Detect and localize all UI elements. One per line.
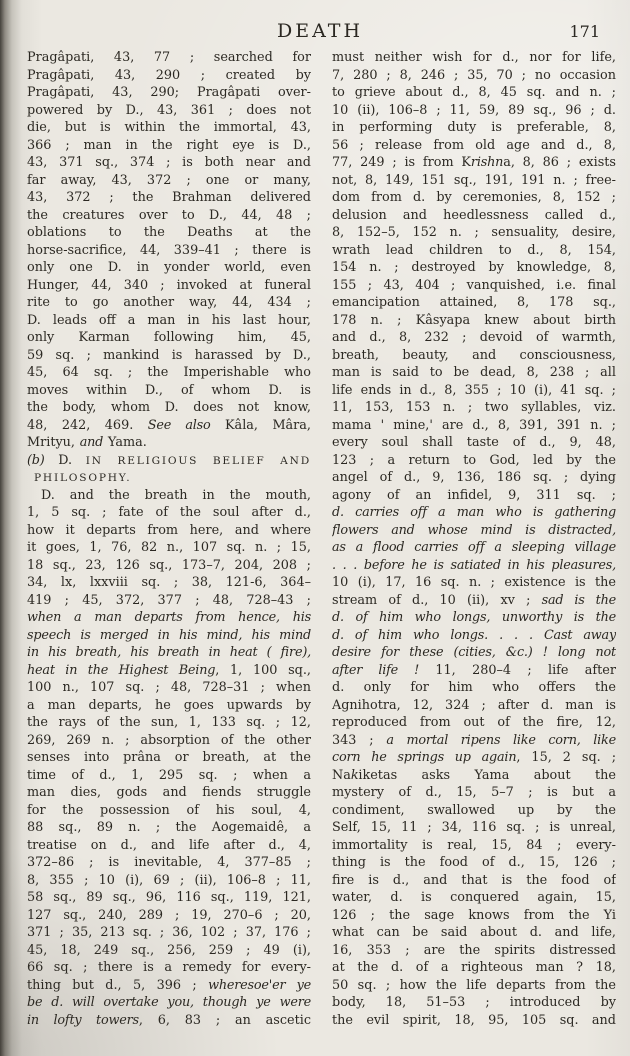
text-line: in his breath, his breath in heat ( fire… — [27, 644, 311, 662]
text-line: 100 n., 107 sq. ; 48, 728–31 ; when — [27, 679, 311, 697]
text-segment: 372–86 ; is inevitable, 4, 377–85 ; — [27, 855, 311, 870]
text-segment: rite to go another way, 44, 434 ; — [27, 295, 311, 310]
text-segment: emancipation attained, 8, 178 sq., — [332, 295, 616, 310]
text-segment: thing but d., 5, 396 ; — [27, 978, 208, 993]
text-line: only one D. in yonder world, even — [27, 259, 311, 277]
italic-text: . . . before he is satiated in his pleas… — [332, 558, 616, 573]
text-line: 66 sq. ; there is a remedy for every- — [27, 959, 311, 977]
italic-text: (b) — [27, 453, 45, 468]
text-line: 18 sq., 23, 126 sq., 173–7, 204, 208 ; — [27, 557, 311, 575]
text-line: heat in the Highest Being, 1, 100 sq., — [27, 662, 311, 680]
text-line: 58 sq., 89 sq., 96, 116 sq., 119, 121, — [27, 889, 311, 907]
text-segment: , 1, 100 sq., — [215, 663, 311, 678]
text-line: immortality is real, 15, 84 ; every- — [332, 837, 616, 855]
text-segment: 10 (i), 17, 16 sq. n. ; existence is the — [332, 575, 616, 590]
text-line: 1, 5 sq. ; fate of the soul after d., — [27, 504, 311, 522]
text-line: 127 sq., 240, 289 ; 19, 270–6 ; 20, — [27, 907, 311, 925]
italic-text: a mortal ripens like corn, like — [386, 733, 616, 748]
text-line: die, but is within the immortal, 43, — [27, 119, 311, 137]
text-line: to grieve about d., 8, 45 sq. and n. ; — [332, 84, 616, 102]
text-segment: at the d. of a righteous man ? 18, — [332, 960, 616, 975]
text-line: reproduced from out of the fire, 12, — [332, 714, 616, 732]
text-line: D. leads off a man in his last hour, — [27, 312, 311, 330]
text-line: 343 ; a mortal ripens like corn, like — [332, 732, 616, 750]
text-line: senses into prâna or breath, at the — [27, 749, 311, 767]
text-segment: what can be said about d. and life, — [332, 925, 616, 940]
text-segment: 7, 280 ; 8, 246 ; 35, 70 ; no occasion — [332, 68, 616, 83]
text-line: treatise on d., and life after d., 4, — [27, 837, 311, 855]
text-segment: powered by D., 43, 361 ; does not — [27, 103, 311, 118]
text-segment: mystery of d., 15, 5–7 ; is but a — [332, 785, 616, 800]
text-line: the rays of the sun, 1, 133 sq. ; 12, — [27, 714, 311, 732]
italic-text: d. carries off a man who is gathering — [332, 505, 616, 520]
text-line: rite to go another way, 44, 434 ; — [27, 294, 311, 312]
text-line: powered by D., 43, 361 ; does not — [27, 102, 311, 120]
text-line: wrath lead children to d., 8, 154, — [332, 242, 616, 260]
text-segment: breath, beauty, and consciousness, — [332, 348, 616, 363]
text-segment: every soul shall taste of d., 9, 48, — [332, 435, 616, 450]
text-line: 372–86 ; is inevitable, 4, 377–85 ; — [27, 854, 311, 872]
text-line: 45, 18, 249 sq., 256, 259 ; 49 (i), — [27, 942, 311, 960]
text-segment: body, 18, 51–53 ; introduced by — [332, 995, 616, 1010]
text-segment: 56 ; release from old age and d., 8, — [332, 138, 616, 153]
italic-text: wheresoe'er ye — [208, 978, 311, 993]
text-line: D. and the breath in the mouth, — [27, 487, 311, 505]
smallcaps-text: PHILOSOPHY. — [34, 472, 131, 484]
text-line: man dies, gods and fiends struggle — [27, 784, 311, 802]
text-line: 43, 372 ; the Brahman delivered — [27, 189, 311, 207]
text-line: time of d., 1, 295 sq. ; when a — [27, 767, 311, 785]
text-line: d. only for him who offers the — [332, 679, 616, 697]
text-line: 16, 353 ; are the spirits distressed — [332, 942, 616, 960]
text-line: the creatures over to D., 44, 48 ; — [27, 207, 311, 225]
text-line: not, 8, 149, 151 sq., 191, 191 n. ; free… — [332, 172, 616, 190]
text-line: 34, lx, lxxviii sq. ; 38, 121-6, 364– — [27, 574, 311, 592]
text-line: for the possession of his soul, 4, — [27, 802, 311, 820]
text-segment: 11, 153, 153 n. ; two syllables, viz. — [332, 400, 616, 415]
text-line: after life ! 11, 280–4 ; life after — [332, 662, 616, 680]
text-segment: 48, 242, 469. — [27, 418, 148, 433]
text-line: thing is the food of d., 15, 126 ; — [332, 854, 616, 872]
text-line: 56 ; release from old age and d., 8, — [332, 137, 616, 155]
text-segment: it goes, 1, 76, 82 n., 107 sq. n. ; 15, — [27, 540, 311, 555]
text-segment: 18 sq., 23, 126 sq., 173–7, 204, 208 ; — [27, 558, 311, 573]
text-line: how it departs from here, and where — [27, 522, 311, 540]
text-segment: Self, 15, 11 ; 34, 116 sq. ; is unreal, — [332, 820, 616, 835]
text-segment: man dies, gods and fiends struggle — [27, 785, 311, 800]
text-line: water, d. is conquered again, 15, — [332, 889, 616, 907]
text-line: Agnihotra, 12, 324 ; after d. man is — [332, 697, 616, 715]
page-title: DEATH — [277, 20, 363, 42]
italic-text: corn he springs up again — [332, 750, 516, 765]
text-line: 43, 371 sq., 374 ; is both near and — [27, 154, 311, 172]
text-segment: only Karman following him, 45, — [27, 330, 311, 345]
text-segment: 371 ; 35, 213 sq. ; 36, 102 ; 37, 176 ; — [27, 925, 311, 940]
text-segment: Pragâpati, 43, 290 ; created by — [27, 68, 311, 83]
text-segment: time of d., 1, 295 sq. ; when a — [27, 768, 311, 783]
text-line: Pragâpati, 43, 290; Pragâpati over- — [27, 84, 311, 102]
text-line: 155 ; 43, 404 ; vanquished, i.e. final — [332, 277, 616, 295]
text-line: 366 ; man in the right eye is D., — [27, 137, 311, 155]
running-header: DEATH 171 — [0, 0, 630, 42]
text-segment: moves within D., of whom D. is — [27, 383, 311, 398]
right-column: must neither wish for d., nor for life,7… — [332, 49, 616, 1029]
text-line: 126 ; the sage knows from the Yi — [332, 907, 616, 925]
text-segment: 126 ; the sage knows from the Yi — [332, 908, 616, 923]
text-segment: 58 sq., 89 sq., 96, 116 sq., 119, 121, — [27, 890, 311, 905]
text-line: thing but d., 5, 396 ; wheresoe'er ye — [27, 977, 311, 995]
text-segment: 50 sq. ; how the life departs from the — [332, 978, 616, 993]
text-line: a man departs, he goes upwards by — [27, 697, 311, 715]
text-line: moves within D., of whom D. is — [27, 382, 311, 400]
text-line: 154 n. ; destroyed by knowledge, 8, — [332, 259, 616, 277]
text-line: Nakiketas asks Yama about the — [332, 767, 616, 785]
text-line: 88 sq., 89 n. ; the Aogemaidê, a — [27, 819, 311, 837]
text-segment: 59 sq. ; mankind is harassed by D., — [27, 348, 311, 363]
text-segment: to grieve about d., 8, 45 sq. and n. ; — [332, 85, 616, 100]
text-segment: the evil spirit, 18, 95, 105 sq. and — [332, 1013, 616, 1028]
text-line: breath, beauty, and consciousness, — [332, 347, 616, 365]
text-segment: wrath lead children to d., 8, 154, — [332, 243, 616, 258]
left-column: Pragâpati, 43, 77 ; searched forPragâpat… — [27, 49, 311, 1029]
text-segment: and d., 8, 232 ; devoid of warmth, — [332, 330, 616, 345]
text-line: 7, 280 ; 8, 246 ; 35, 70 ; no occasion — [332, 67, 616, 85]
text-line: speech is merged in his mind, his mind — [27, 627, 311, 645]
text-segment: 10 (ii), 106–8 ; 11, 59, 89 sq., 96 ; d. — [332, 103, 616, 118]
text-segment: fire is d., and that is the food of — [332, 873, 616, 888]
text-segment: reproduced from out of the fire, 12, — [332, 715, 616, 730]
text-segment: Pragâpati, 43, 290; Pragâpati over- — [27, 85, 311, 100]
text-line: stream of d., 10 (ii), xv ; sad is the — [332, 592, 616, 610]
text-line: mystery of d., 15, 5–7 ; is but a — [332, 784, 616, 802]
text-line: far away, 43, 372 ; one or many, — [27, 172, 311, 190]
text-segment: D. — [45, 453, 86, 468]
text-line: emancipation attained, 8, 178 sq., — [332, 294, 616, 312]
text-line: d. of him who longs. . . . Cast away — [332, 627, 616, 645]
text-segment: , 15, 2 sq. ; — [516, 750, 616, 765]
text-segment: 34, lx, lxxviii sq. ; 38, 121-6, 364– — [27, 575, 311, 590]
text-segment: not, 8, 149, 151 sq., 191, 191 n. ; free… — [332, 173, 616, 188]
text-line: 10 (i), 17, 16 sq. n. ; existence is the — [332, 574, 616, 592]
text-segment: iketas asks Yama about the — [358, 768, 616, 783]
italic-text: after life ! — [332, 663, 419, 678]
text-line: only Karman following him, 45, — [27, 329, 311, 347]
index-columns: Pragâpati, 43, 77 ; searched forPragâpat… — [0, 42, 630, 1029]
text-line: at the d. of a righteous man ? 18, — [332, 959, 616, 977]
text-segment: 8, 152–5, 152 n. ; sensuality, desire, — [332, 225, 616, 240]
text-line: in lofty towers, 6, 83 ; an ascetic — [27, 1012, 311, 1030]
text-segment: Yama. — [103, 435, 147, 450]
text-segment: 66 sq. ; there is a remedy for every- — [27, 960, 311, 975]
text-segment: water, d. is conquered again, 15, — [332, 890, 616, 905]
text-segment: for the possession of his soul, 4, — [27, 803, 311, 818]
text-segment: 45, 18, 249 sq., 256, 259 ; 49 (i), — [27, 943, 311, 958]
text-line: agony of an infidel, 9, 311 sq. ; — [332, 487, 616, 505]
italic-text: heat in the Highest Being — [27, 663, 215, 678]
text-line: desire for these (cities, &c.) ! long no… — [332, 644, 616, 662]
text-segment: a man departs, he goes upwards by — [27, 698, 311, 713]
text-line: mama ' mine,' are d., 8, 391, 391 n. ; — [332, 417, 616, 435]
italic-text: See also — [148, 418, 211, 433]
text-segment: 8, 355 ; 10 (i), 69 ; (ii), 106–8 ; 11, — [27, 873, 311, 888]
text-segment: delusion and heedlessness called d., — [332, 208, 616, 223]
text-line: 48, 242, 469. See also Kâla, Mâra, — [27, 417, 311, 435]
italic-text: as a flood carries off a sleeping villag… — [332, 540, 616, 555]
text-segment: how it departs from here, and where — [27, 523, 311, 538]
text-segment: , 6, 83 ; an ascetic — [139, 1013, 311, 1028]
text-line: 419 ; 45, 372, 377 ; 48, 728–43 ; — [27, 592, 311, 610]
text-line: 11, 153, 153 n. ; two syllables, viz. — [332, 399, 616, 417]
text-line: d. of him who longs, unworthy is the — [332, 609, 616, 627]
text-line: Hunger, 44, 340 ; invoked at funeral — [27, 277, 311, 295]
text-line: in performing duty is preferable, 8, — [332, 119, 616, 137]
text-line: 59 sq. ; mankind is harassed by D., — [27, 347, 311, 365]
text-segment: 366 ; man in the right eye is D., — [27, 138, 311, 153]
text-segment: dom from d. by ceremonies, 8, 152 ; — [332, 190, 616, 205]
text-segment: stream of d., 10 (ii), xv ; — [332, 593, 542, 608]
italic-text: in lofty towers — [27, 1013, 139, 1028]
text-line: oblations to the Deaths at the — [27, 224, 311, 242]
text-line: 77, 249 ; is from Krishna, 8, 86 ; exist… — [332, 154, 616, 172]
text-line: body, 18, 51–53 ; introduced by — [332, 994, 616, 1012]
text-line: must neither wish for d., nor for life, — [332, 49, 616, 67]
text-segment: D. leads off a man in his last hour, — [27, 313, 311, 328]
text-segment: 154 n. ; destroyed by knowledge, 8, — [332, 260, 616, 275]
text-segment: 127 sq., 240, 289 ; 19, 270–6 ; 20, — [27, 908, 311, 923]
text-segment: in performing duty is preferable, 8, — [332, 120, 616, 135]
text-line: flowers and whose mind is distracted, — [332, 522, 616, 540]
text-line: life ends in d., 8, 355 ; 10 (i), 41 sq.… — [332, 382, 616, 400]
text-segment: 11, 280–4 ; life after — [419, 663, 616, 678]
text-segment: life ends in d., 8, 355 ; 10 (i), 41 sq.… — [332, 383, 616, 398]
text-segment: the body, whom D. does not know, — [27, 400, 311, 415]
text-segment: Mrityu, — [27, 435, 80, 450]
text-line: 371 ; 35, 213 sq. ; 36, 102 ; 37, 176 ; — [27, 924, 311, 942]
text-segment: 16, 353 ; are the spirits distressed — [332, 943, 616, 958]
text-segment: die, but is within the immortal, 43, — [27, 120, 311, 135]
text-segment: must neither wish for d., nor for life, — [332, 50, 616, 65]
text-segment: the rays of the sun, 1, 133 sq. ; 12, — [27, 715, 311, 730]
italic-text: d. of him who longs, unworthy is the — [332, 610, 616, 625]
text-line: condiment, swallowed up by the — [332, 802, 616, 820]
text-line: it goes, 1, 76, 82 n., 107 sq. n. ; 15, — [27, 539, 311, 557]
text-line: Pragâpati, 43, 77 ; searched for — [27, 49, 311, 67]
text-segment: 1, 5 sq. ; fate of the soul after d., — [27, 505, 311, 520]
text-segment: Na — [332, 768, 351, 783]
text-segment: 178 n. ; Kâsyapa knew about birth — [332, 313, 616, 328]
text-line: horse-sacrifice, 44, 339–41 ; there is — [27, 242, 311, 260]
italic-text: when a man departs from hence, his — [27, 610, 311, 625]
text-segment: 419 ; 45, 372, 377 ; 48, 728–43 ; — [27, 593, 311, 608]
italic-text: d. of him who longs. . . . Cast away — [332, 628, 616, 643]
text-segment: D. and the breath in the mouth, — [41, 488, 311, 503]
text-segment: d. only for him who offers the — [332, 680, 616, 695]
text-line: . . . before he is satiated in his pleas… — [332, 557, 616, 575]
text-line: 8, 355 ; 10 (i), 69 ; (ii), 106–8 ; 11, — [27, 872, 311, 890]
text-segment: 43, 372 ; the Brahman delivered — [27, 190, 311, 205]
text-segment: 43, 371 sq., 374 ; is both near and — [27, 155, 311, 170]
text-line: 8, 152–5, 152 n. ; sensuality, desire, — [332, 224, 616, 242]
text-line: angel of d., 9, 136, 186 sq. ; dying — [332, 469, 616, 487]
text-segment: Agnihotra, 12, 324 ; after d. man is — [332, 698, 616, 713]
text-segment: angel of d., 9, 136, 186 sq. ; dying — [332, 470, 616, 485]
text-line: 269, 269 n. ; absorption of the other — [27, 732, 311, 750]
text-segment: 155 ; 43, 404 ; vanquished, i.e. final — [332, 278, 616, 293]
text-segment: senses into prâna or breath, at the — [27, 750, 311, 765]
text-line: Self, 15, 11 ; 34, 116 sq. ; is unreal, — [332, 819, 616, 837]
italic-text: be d. will overtake you, though ye were — [27, 995, 311, 1010]
text-line: man is said to be dead, 8, 238 ; all — [332, 364, 616, 382]
text-line: 178 n. ; Kâsyapa knew about birth — [332, 312, 616, 330]
text-segment: thing is the food of d., 15, 126 ; — [332, 855, 616, 870]
text-line: delusion and heedlessness called d., — [332, 207, 616, 225]
text-line: when a man departs from hence, his — [27, 609, 311, 627]
text-segment: 343 ; — [332, 733, 386, 748]
text-line: fire is d., and that is the food of — [332, 872, 616, 890]
text-line: 10 (ii), 106–8 ; 11, 59, 89 sq., 96 ; d. — [332, 102, 616, 120]
italic-text: desire for these (cities, &c.) ! long no… — [332, 645, 616, 660]
book-page: DEATH 171 Pragâpati, 43, 77 ; searched f… — [0, 0, 630, 1056]
text-segment: mama ' mine,' are d., 8, 391, 391 n. ; — [332, 418, 616, 433]
text-segment: far away, 43, 372 ; one or many, — [27, 173, 311, 188]
text-segment: 45, 64 sq. ; the Imperishable who — [27, 365, 311, 380]
text-segment: 77, 249 ; is from K — [332, 155, 471, 170]
page-number: 171 — [363, 22, 600, 41]
text-segment: Kâla, Mâra, — [211, 418, 311, 433]
text-segment: 88 sq., 89 n. ; the Aogemaidê, a — [27, 820, 311, 835]
text-line: dom from d. by ceremonies, 8, 152 ; — [332, 189, 616, 207]
text-segment: condiment, swallowed up by the — [332, 803, 616, 818]
text-segment: treatise on d., and life after d., 4, — [27, 838, 311, 853]
text-line: Pragâpati, 43, 290 ; created by — [27, 67, 311, 85]
text-segment: Hunger, 44, 340 ; invoked at funeral — [27, 278, 311, 293]
text-line: as a flood carries off a sleeping villag… — [332, 539, 616, 557]
text-line: PHILOSOPHY. — [27, 469, 311, 487]
italic-text: and — [80, 435, 103, 450]
text-segment: 100 n., 107 sq. ; 48, 728–31 ; when — [27, 680, 311, 695]
text-segment: the creatures over to D., 44, 48 ; — [27, 208, 311, 223]
italic-text: flowers and whose mind is distracted, — [332, 523, 616, 538]
text-line: Mrityu, and Yama. — [27, 434, 311, 452]
italic-text: in his breath, his breath in heat ( fire… — [27, 645, 311, 660]
text-line: be d. will overtake you, though ye were — [27, 994, 311, 1012]
text-line: d. carries off a man who is gathering — [332, 504, 616, 522]
text-line: every soul shall taste of d., 9, 48, — [332, 434, 616, 452]
text-line: the body, whom D. does not know, — [27, 399, 311, 417]
text-segment: Pragâpati, 43, 77 ; searched for — [27, 50, 311, 65]
text-line: the evil spirit, 18, 95, 105 sq. and — [332, 1012, 616, 1030]
text-line: what can be said about d. and life, — [332, 924, 616, 942]
text-line: (b) D. IN RELIGIOUS BELIEF AND — [27, 452, 311, 470]
italic-text: rishn — [471, 155, 503, 170]
smallcaps-text: IN RELIGIOUS BELIEF AND — [86, 455, 311, 467]
text-segment: agony of an infidel, 9, 311 sq. ; — [332, 488, 616, 503]
text-line: 45, 64 sq. ; the Imperishable who — [27, 364, 311, 382]
text-segment: 269, 269 n. ; absorption of the other — [27, 733, 311, 748]
text-segment: oblations to the Deaths at the — [27, 225, 311, 240]
italic-text: speech is merged in his mind, his mind — [27, 628, 311, 643]
text-segment: 123 ; a return to God, led by the — [332, 453, 616, 468]
italic-text: sad is the — [542, 593, 616, 608]
text-segment: horse-sacrifice, 44, 339–41 ; there is — [27, 243, 311, 258]
text-line: 50 sq. ; how the life departs from the — [332, 977, 616, 995]
text-line: and d., 8, 232 ; devoid of warmth, — [332, 329, 616, 347]
text-segment: only one D. in yonder world, even — [27, 260, 311, 275]
text-segment: a, 8, 86 ; exists — [503, 155, 616, 170]
text-line: 123 ; a return to God, led by the — [332, 452, 616, 470]
text-segment: man is said to be dead, 8, 238 ; all — [332, 365, 616, 380]
text-line: corn he springs up again, 15, 2 sq. ; — [332, 749, 616, 767]
text-segment: immortality is real, 15, 84 ; every- — [332, 838, 616, 853]
